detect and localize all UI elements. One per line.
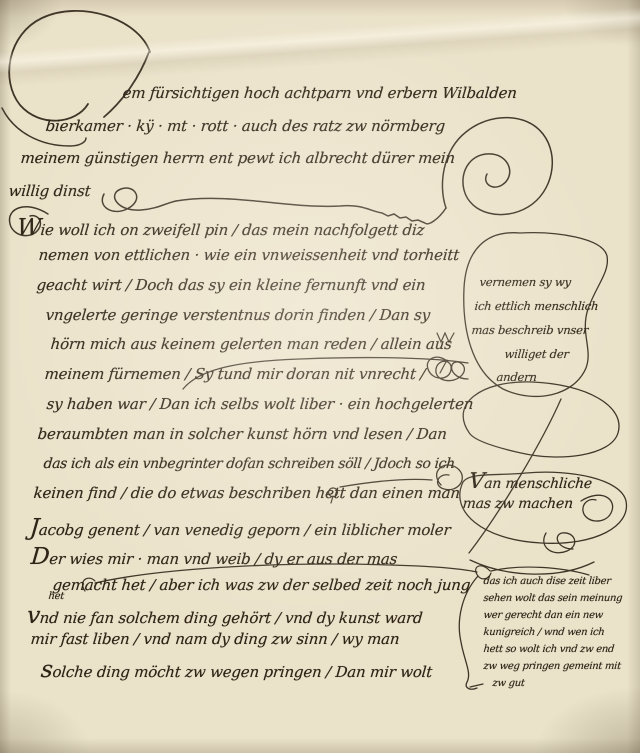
body-line-9: das ich als ein vnbegrinter dofan schrei… xyxy=(43,457,455,471)
margin-note-1-line: ich ettlich menschlich xyxy=(474,301,599,313)
interlinear-insertion: het xyxy=(48,592,64,602)
body-line-6: meinem fürnemen / Sy tund mir doran nit … xyxy=(44,367,426,382)
body-line-7: sy haben war / Dan ich selbs wolt liber … xyxy=(46,397,474,412)
body-line-4: vngelerte geringe verstentnus dorin find… xyxy=(45,308,431,323)
margin-note-2-right-loop-flourish xyxy=(581,495,613,521)
margin-note-3-line: wer gerecht dan ein new xyxy=(483,611,603,621)
initial-d-bowl-flourish xyxy=(9,11,150,121)
margin-note-3-line: zw gut xyxy=(492,679,525,689)
body-line-15: mir fast liben / vnd nam dy ding zw sinn… xyxy=(30,632,400,647)
margin-note-3-line: kunigreich / wnd wen ich xyxy=(483,628,605,638)
margin-note-3-dash-mark xyxy=(470,684,483,687)
margin-note-2-line: Van menschliche xyxy=(468,471,593,493)
heading-line-2: bierkamer · kÿ · mt · rott · auch des ra… xyxy=(45,119,446,134)
spiral-flourish xyxy=(442,118,552,215)
heading-line-1: em fürsichtigen hoch achtparn vnd erbern… xyxy=(122,86,517,101)
heading-line-3: meinem günstigen herrn ent pewt ich albr… xyxy=(20,151,456,166)
heading-line-4: willig dinst xyxy=(8,184,91,199)
heading-end-loops-flourish xyxy=(102,188,176,211)
body-line-1: Wie woll ich on zweifell pin / das mein … xyxy=(16,216,426,239)
body-line-13: gemacht het / aber ich was zw der selbed… xyxy=(52,578,471,593)
margin-note-3-line: zw weg pringen gemeint mit xyxy=(483,662,621,672)
body-line-10: keinen find / die do etwas beschriben he… xyxy=(33,486,461,501)
body-line-3: geacht wirt / Doch das sy ein kleine fer… xyxy=(36,278,426,293)
margin-note-1-line: andern xyxy=(496,372,537,384)
body-line-12: Der wies mir · man vnd weib / dy er aus … xyxy=(30,545,398,568)
margin-note-3-line: das ich auch dise zeit liber xyxy=(483,577,611,587)
margin-note-1-line: vernemen sy wy xyxy=(479,277,571,289)
body-line-11: Jacobg genent / van venedig geporn / ein… xyxy=(29,516,452,539)
body-line-16: solche ding möcht zw wegen pringen / Dan… xyxy=(40,658,433,681)
body-line-14: vnd nie fan solchem ding gehört / vnd dy… xyxy=(26,604,424,627)
margin-note-3-line: hett so wolt ich vnd zw end xyxy=(483,645,615,655)
body-line-5: hörn mich aus keinem gelerten man reden … xyxy=(50,337,452,352)
margin-note-3-line: sehen wolt das sein meinung xyxy=(483,594,623,604)
margin-note-1-line: williget der xyxy=(504,349,569,361)
margin-note-1-line: mas beschreib vnser xyxy=(471,325,589,337)
margin-note-2-line: mas zw machen xyxy=(462,497,573,511)
margin-note-2-upper-loop-flourish xyxy=(463,382,619,457)
body-line-8: beraumbten man in solcher kunst hörn vnd… xyxy=(37,427,447,442)
manuscript-page: em fürsichtigen hoch achtparn vnd erbern… xyxy=(0,0,640,753)
body-line-2: nemen von ettlichen · wie ein vnweissenh… xyxy=(38,248,460,263)
